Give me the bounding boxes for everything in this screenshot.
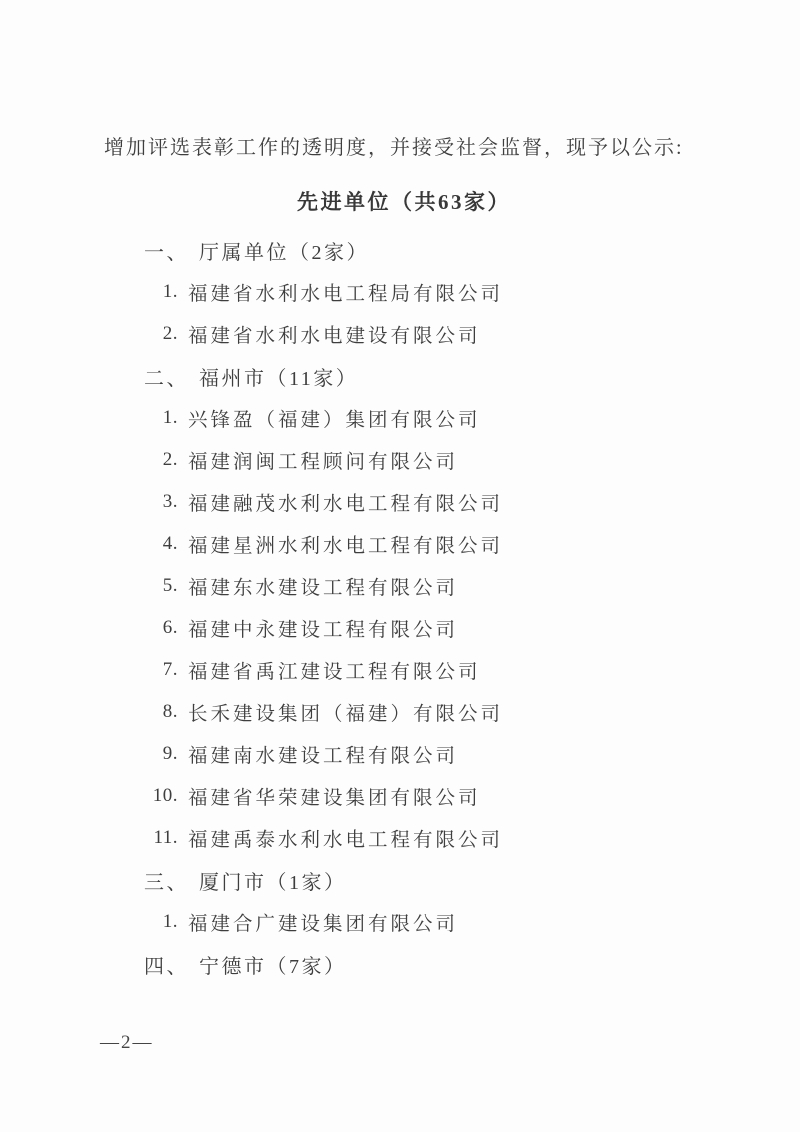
section-heading: 四、 宁德市（7家） — [104, 943, 704, 985]
section-marker: 一、 — [144, 236, 189, 265]
list-item: 11. 福建禹泰水利水电工程有限公司 — [104, 817, 704, 859]
item-number: 11. — [104, 827, 178, 849]
list-item: 1. 福建合广建设集团有限公司 — [104, 901, 704, 943]
intro-paragraph: 增加评选表彰工作的透明度，并接受社会监督，现予以公示: — [104, 134, 704, 162]
item-number: 1. — [104, 911, 178, 933]
document-content: 增加评选表彰工作的透明度，并接受社会监督，现予以公示: 先进单位（共63家） 一… — [104, 134, 704, 985]
section-heading: 三、 厦门市（1家） — [104, 859, 704, 901]
item-number: 2. — [104, 323, 178, 345]
item-number: 7. — [104, 659, 178, 681]
item-number: 2. — [104, 449, 178, 471]
section-marker: 四、 — [144, 950, 189, 979]
section-heading: 二、 福州市（11家） — [104, 355, 704, 397]
item-name: 福建润闽工程顾问有限公司 — [188, 446, 458, 474]
section-title: 厦门市（1家） — [199, 866, 347, 895]
item-name: 福建禹泰水利水电工程有限公司 — [188, 824, 503, 852]
page-number: —2— — [100, 1032, 154, 1054]
item-name: 福建中永建设工程有限公司 — [188, 614, 458, 642]
list-item: 1. 兴锋盈（福建）集团有限公司 — [104, 397, 704, 439]
item-name: 福建星洲水利水电工程有限公司 — [188, 530, 503, 558]
item-name: 福建省水利水电工程局有限公司 — [188, 278, 503, 306]
item-number: 1. — [104, 407, 178, 429]
item-number: 6. — [104, 617, 178, 639]
section-heading: 一、 厅属单位（2家） — [104, 229, 704, 271]
item-number: 3. — [104, 491, 178, 513]
document-page: 增加评选表彰工作的透明度，并接受社会监督，现予以公示: 先进单位（共63家） 一… — [0, 0, 800, 1132]
section-title: 福州市（11家） — [199, 362, 358, 391]
list-item: 5. 福建东水建设工程有限公司 — [104, 565, 704, 607]
list-item: 10. 福建省华荣建设集团有限公司 — [104, 775, 704, 817]
item-name: 福建省水利水电建设有限公司 — [188, 320, 481, 348]
list-item: 6. 福建中永建设工程有限公司 — [104, 607, 704, 649]
item-number: 5. — [104, 575, 178, 597]
item-number: 9. — [104, 743, 178, 765]
section-title: 宁德市（7家） — [199, 950, 347, 979]
list-item: 4. 福建星洲水利水电工程有限公司 — [104, 523, 704, 565]
item-name: 长禾建设集团（福建）有限公司 — [188, 698, 503, 726]
document-title: 先进单位（共63家） — [104, 187, 704, 217]
section-marker: 三、 — [144, 866, 189, 895]
unit-list: 一、 厅属单位（2家） 1. 福建省水利水电工程局有限公司 2. 福建省水利水电… — [104, 229, 704, 985]
item-number: 1. — [104, 281, 178, 303]
item-name: 福建东水建设工程有限公司 — [188, 572, 458, 600]
item-name: 福建省华荣建设集团有限公司 — [188, 782, 481, 810]
list-item: 1. 福建省水利水电工程局有限公司 — [104, 271, 704, 313]
item-name: 福建合广建设集团有限公司 — [188, 908, 458, 936]
list-item: 8. 长禾建设集团（福建）有限公司 — [104, 691, 704, 733]
item-number: 10. — [104, 785, 178, 807]
list-item: 7. 福建省禹江建设工程有限公司 — [104, 649, 704, 691]
item-name: 福建融茂水利水电工程有限公司 — [188, 488, 503, 516]
item-number: 8. — [104, 701, 178, 723]
item-name: 福建省禹江建设工程有限公司 — [188, 656, 481, 684]
list-item: 3. 福建融茂水利水电工程有限公司 — [104, 481, 704, 523]
list-item: 2. 福建润闽工程顾问有限公司 — [104, 439, 704, 481]
item-name: 福建南水建设工程有限公司 — [188, 740, 458, 768]
list-item: 9. 福建南水建设工程有限公司 — [104, 733, 704, 775]
section-marker: 二、 — [144, 362, 189, 391]
item-name: 兴锋盈（福建）集团有限公司 — [188, 404, 481, 432]
list-item: 2. 福建省水利水电建设有限公司 — [104, 313, 704, 355]
item-number: 4. — [104, 533, 178, 555]
section-title: 厅属单位（2家） — [199, 236, 369, 265]
